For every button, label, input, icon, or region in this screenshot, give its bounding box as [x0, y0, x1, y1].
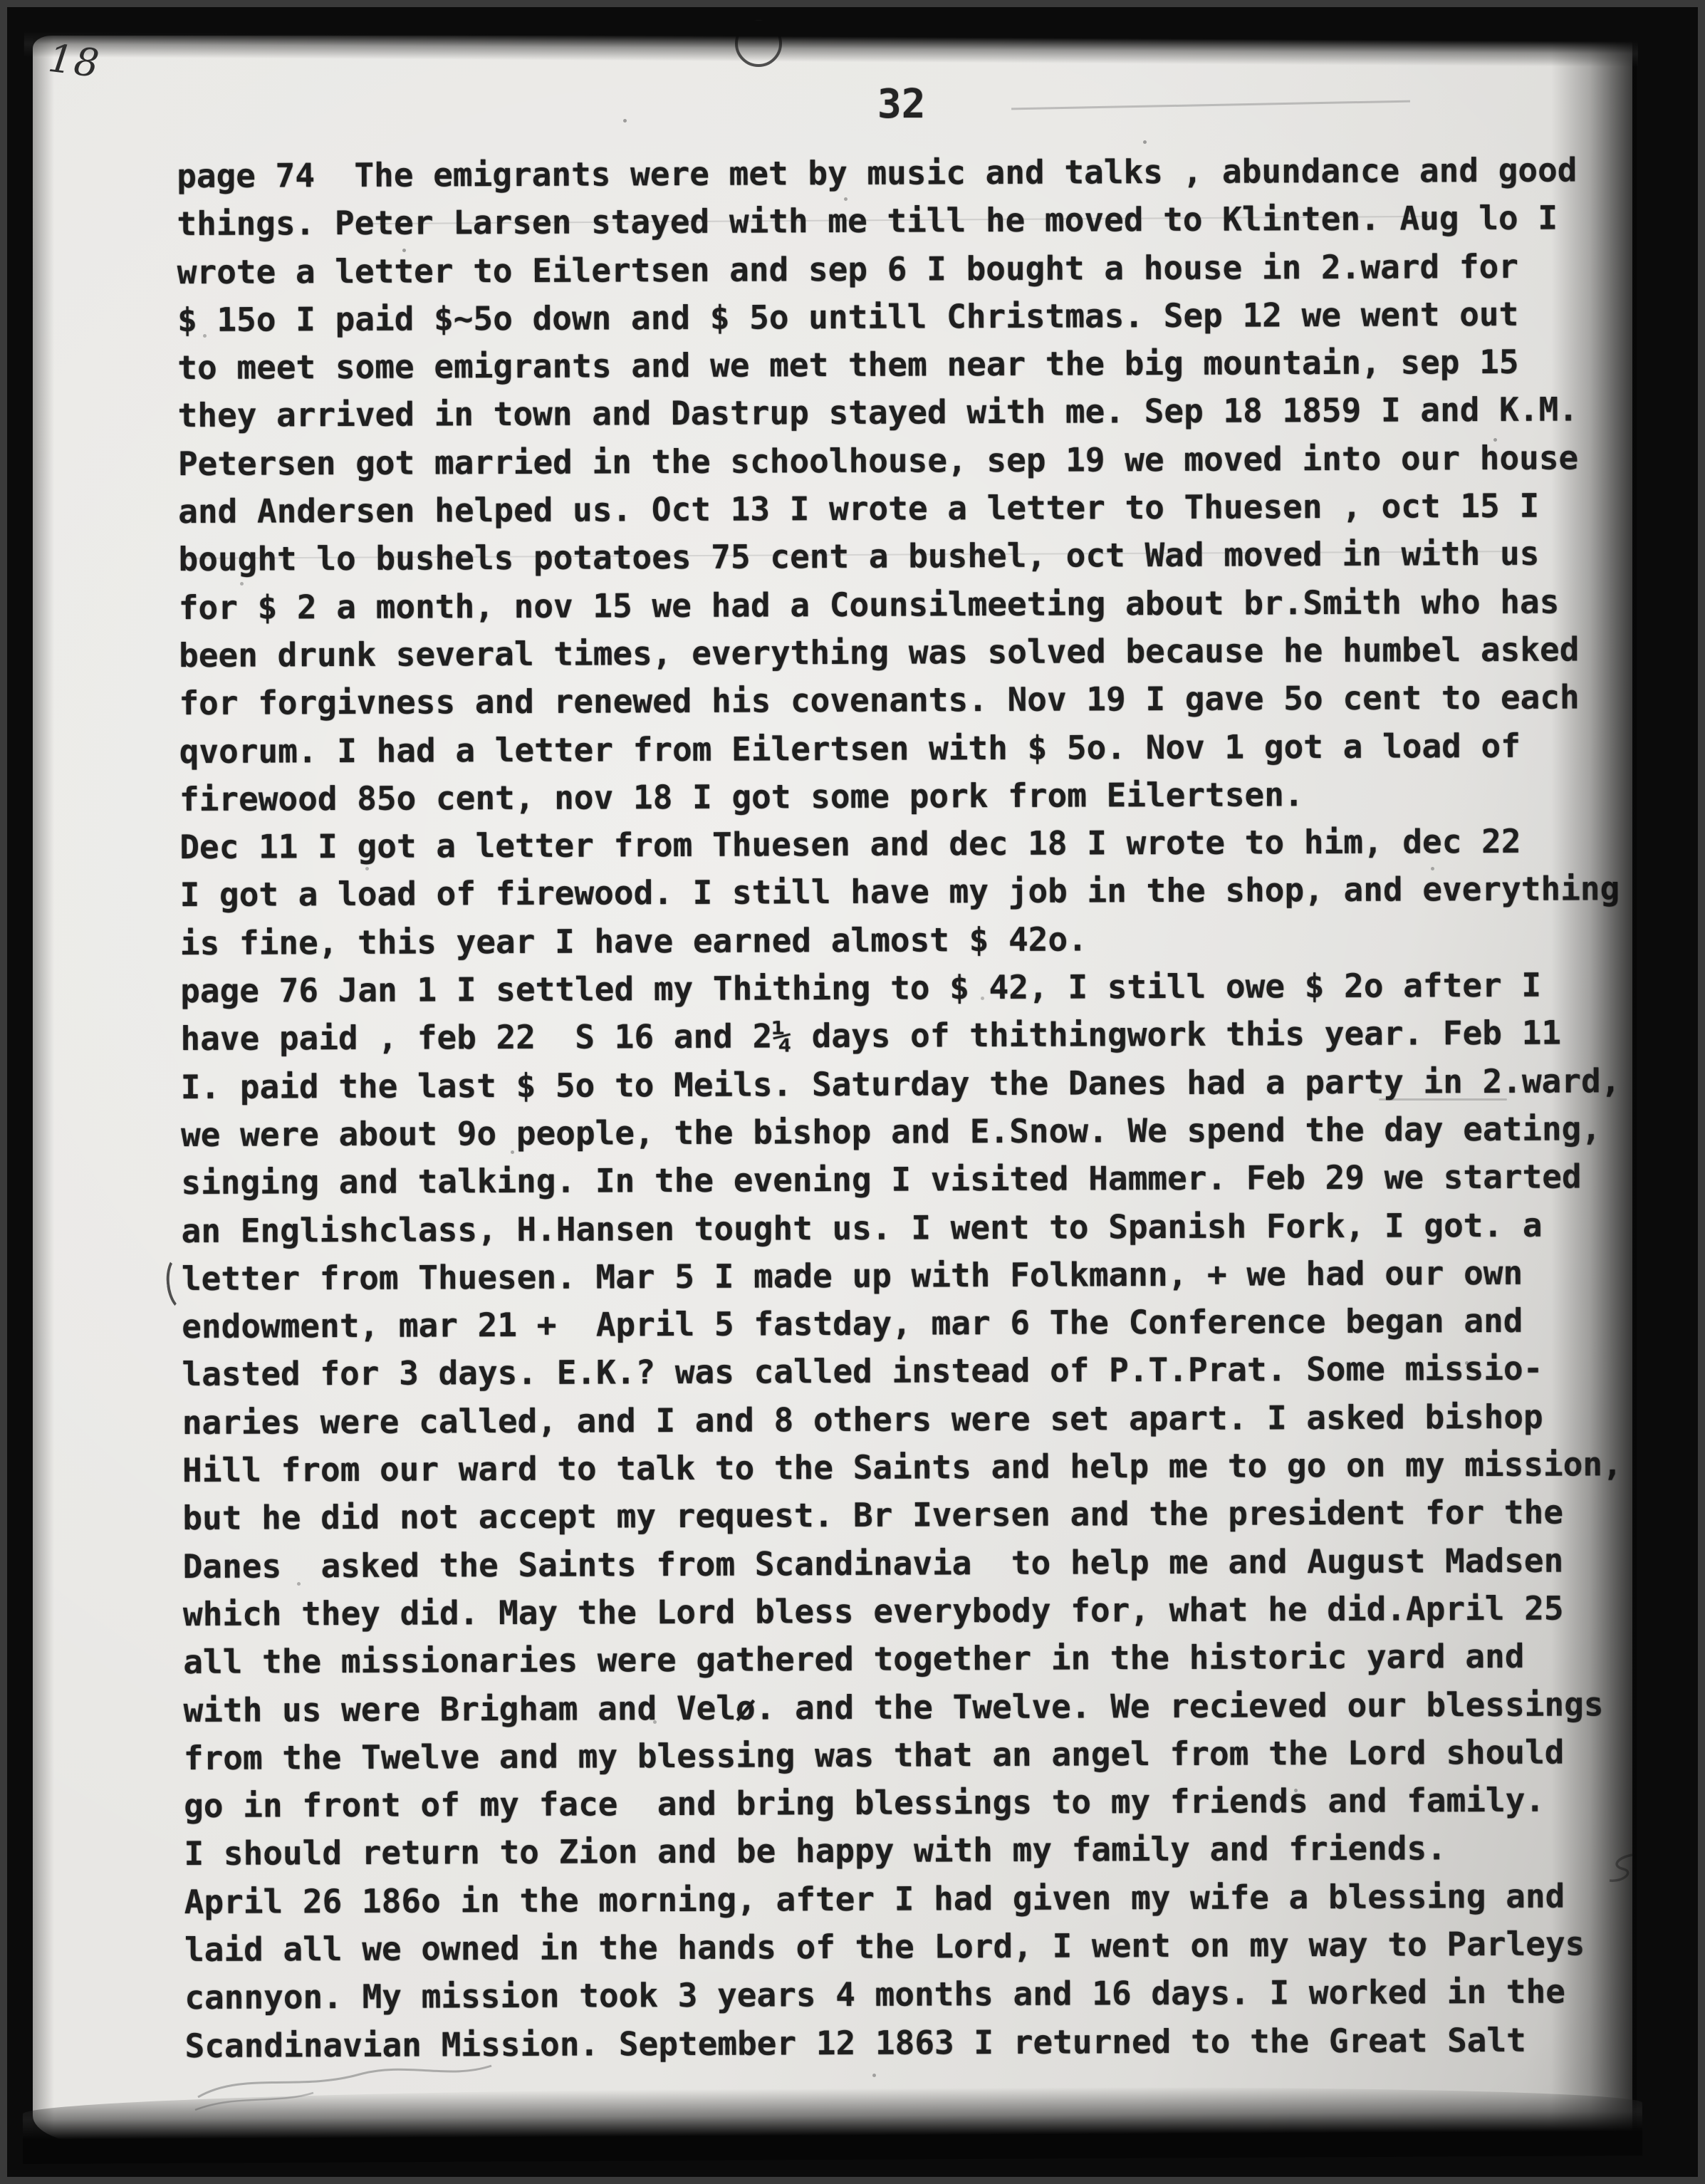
scanned-page: 18 32 page 74 The emigrants were met by …	[33, 36, 1632, 2144]
page-shading-right	[1551, 36, 1637, 2144]
scan-vignette	[33, 36, 1632, 2144]
scanned-document-photostat: { "scan": { "handwritten_number": "18", …	[0, 0, 1705, 2184]
page-shading-left	[33, 36, 54, 2144]
page-shading-bottom	[23, 2084, 1642, 2164]
